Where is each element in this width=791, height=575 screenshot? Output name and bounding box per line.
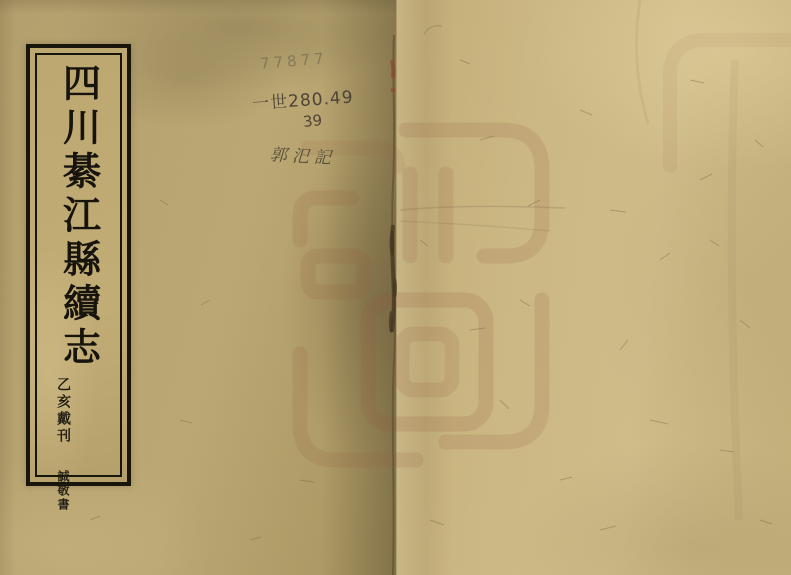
colophon-right-column: 乙亥戴刊 [55,377,71,445]
title-label-inner-border: 四川綦江縣續志 乙亥戴刊 誠敬書 [35,53,122,477]
colophon-left-column: 誠敬書 [52,470,70,512]
annotation-copy-number: 39 [302,111,323,131]
book-title-vertical: 四川綦江縣續志 [60,63,98,371]
right-page-paper [396,0,791,575]
book-cover-scan: 四川綦江縣續志 乙亥戴刊 誠敬書 77877 一世280.49 39 郭汜記 [0,0,791,575]
title-label: 四川綦江縣續志 乙亥戴刊 誠敬書 [26,44,131,486]
annotation-signature: 郭汜記 [269,140,336,168]
colophon: 乙亥戴刊 誠敬書 [53,377,73,481]
gutter-highlight [397,0,427,575]
